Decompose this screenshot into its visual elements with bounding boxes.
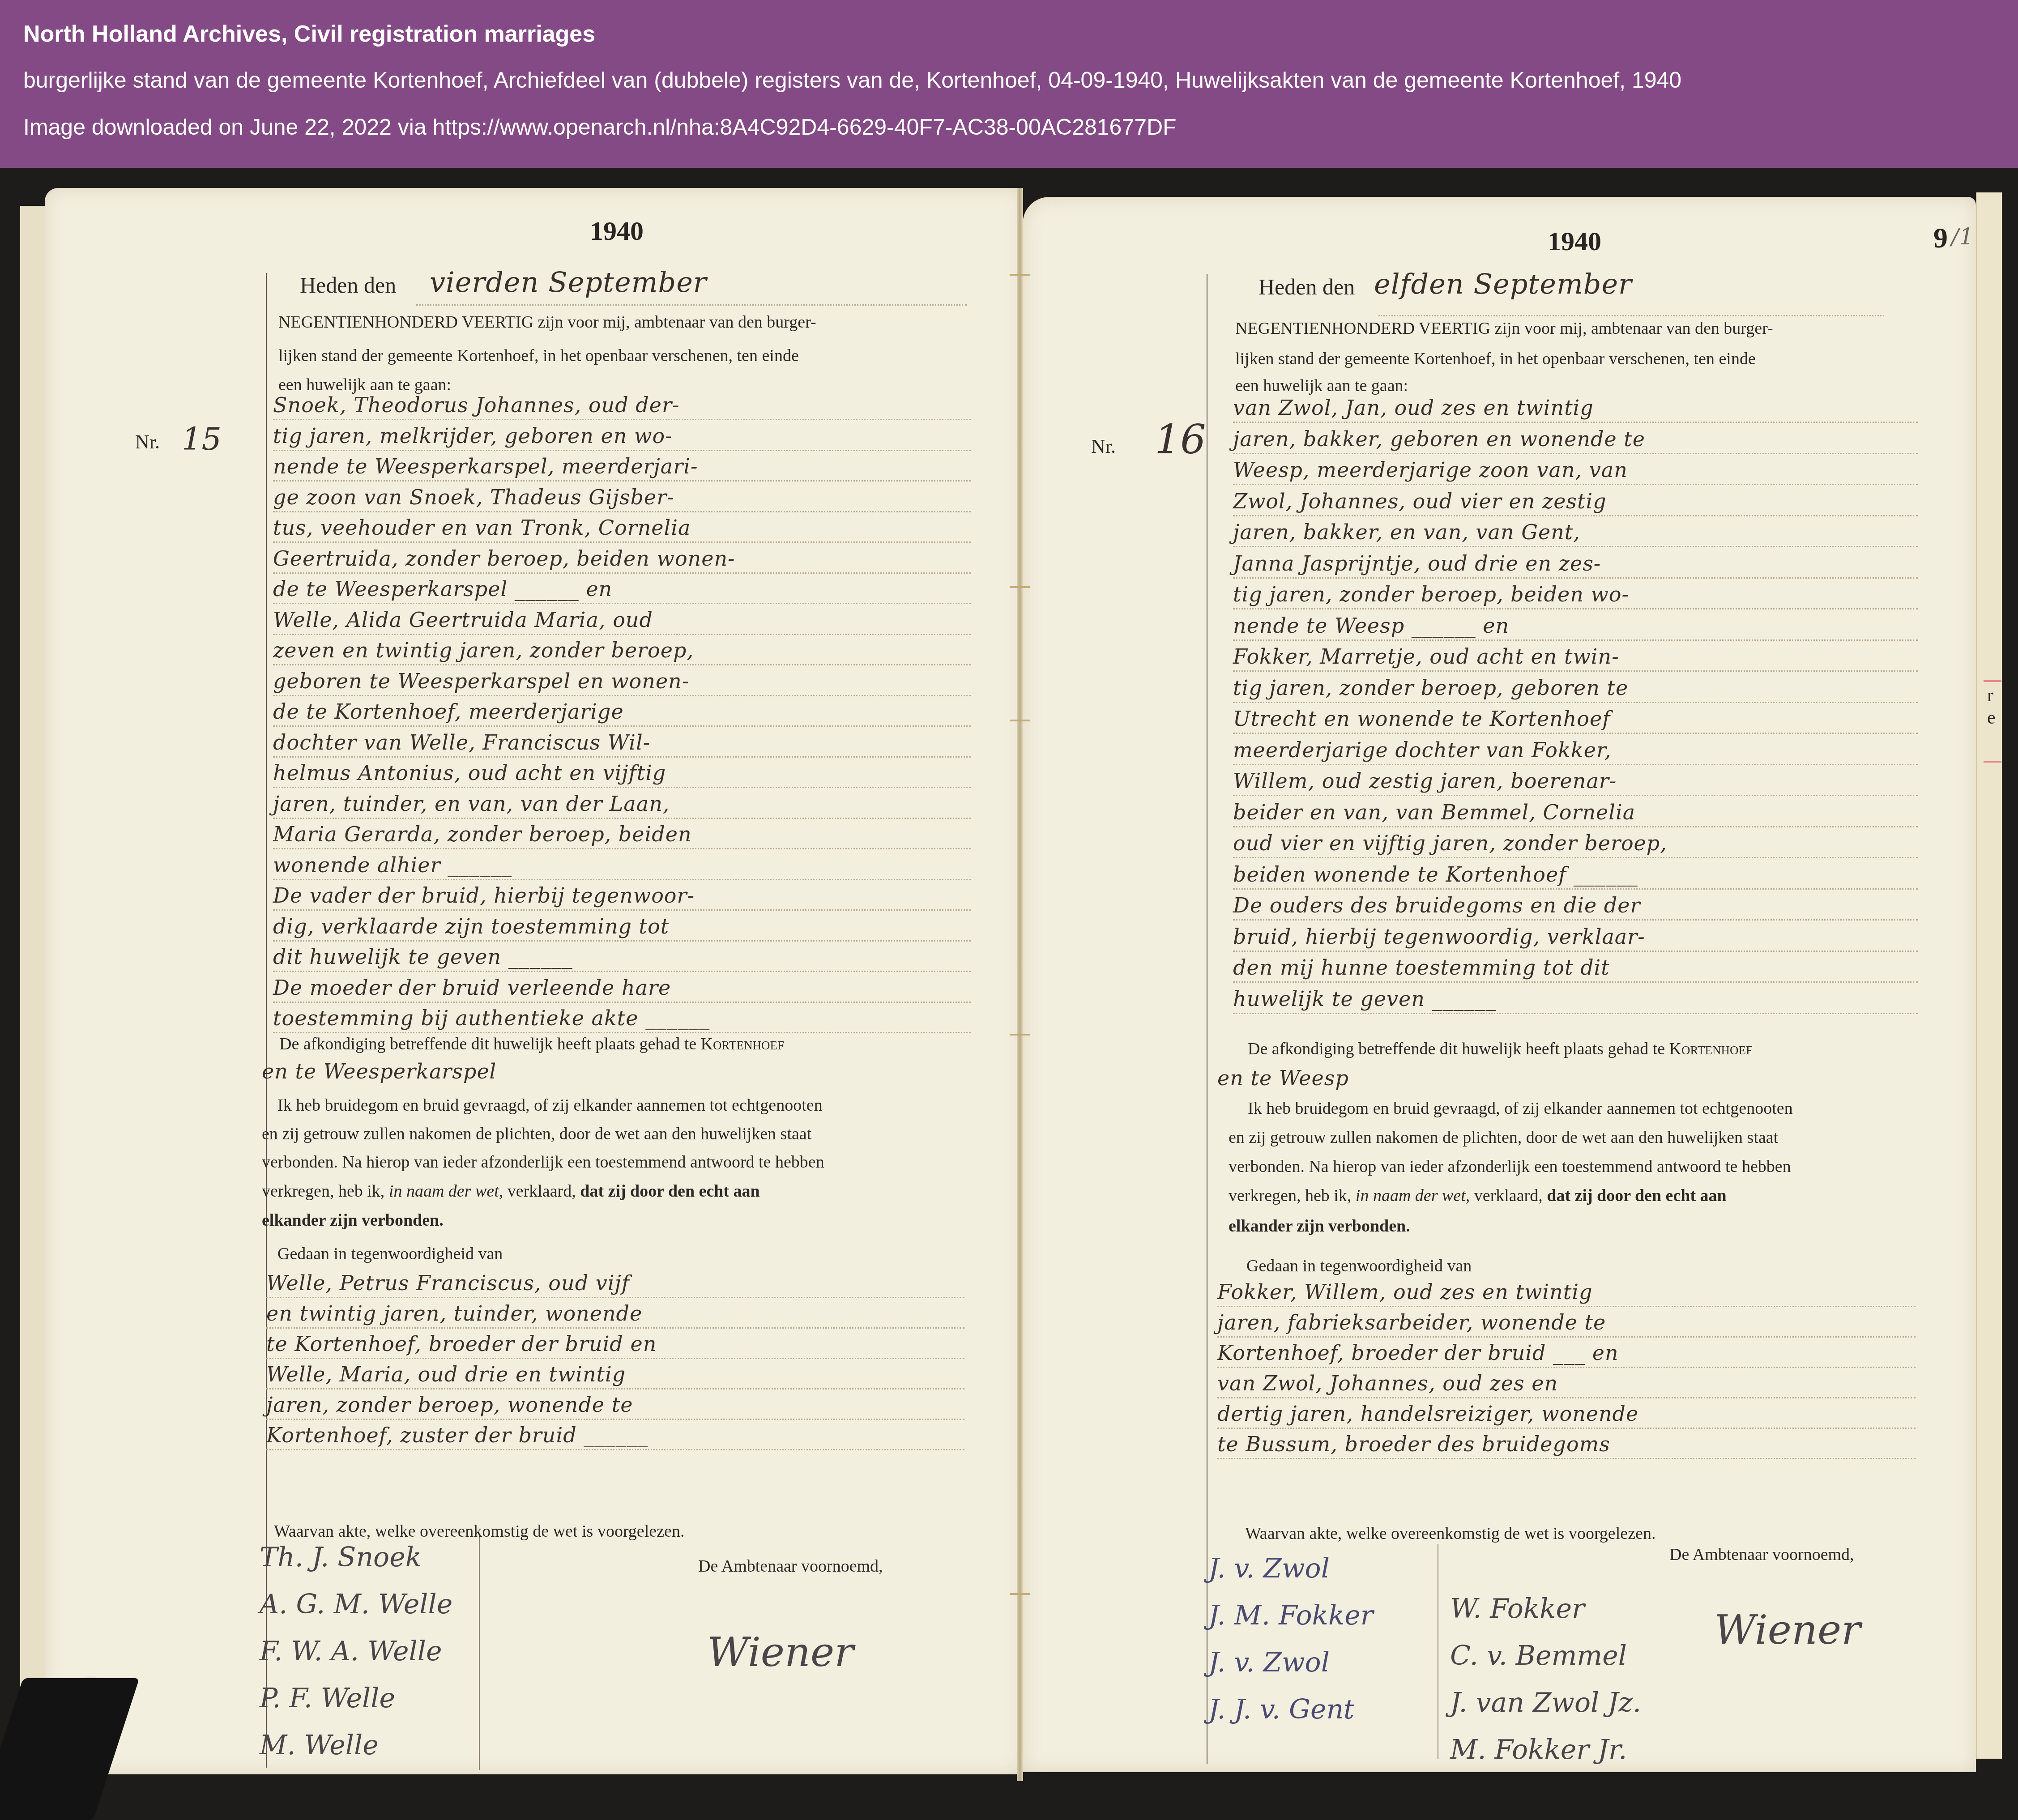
right-page-year: 1940	[1548, 226, 1601, 257]
handwritten-line: jaren, tuinder, en van, van der Laan,	[273, 792, 670, 816]
handwritten-line: geboren te Weesperkarspel en wonen-	[273, 669, 689, 693]
binding-stitch	[1010, 1593, 1030, 1595]
archive-header: North Holland Archives, Civil registrati…	[0, 0, 2018, 168]
handwritten-line: De vader der bruid, hierbij tegenwoor-	[273, 883, 695, 908]
handwritten-line: Weesp, meerderjarige zoon van, van	[1233, 458, 1628, 482]
handwritten-line: oud vier en vijftig jaren, zonder beroep…	[1233, 831, 1667, 855]
handwritten-line: toestemming bij authentieke akte ______	[273, 1006, 710, 1030]
handwritten-line: Welle, Maria, oud drie en twintig	[266, 1362, 626, 1386]
ruled-line	[1233, 546, 1918, 547]
handwritten-line: Willem, oud zestig jaren, boerenar-	[1233, 769, 1617, 793]
signature-divider	[479, 1537, 480, 1770]
binding-stitch	[1010, 1034, 1030, 1036]
ruled-line	[1217, 1458, 1916, 1459]
signature: M. Welle	[260, 1730, 379, 1761]
handwritten-line: helmus Antonius, oud acht en vijftig	[273, 761, 666, 785]
signature: J. J. v. Gent	[1208, 1694, 1354, 1725]
ruled-line	[1217, 1367, 1916, 1368]
ruled-line	[273, 940, 971, 942]
vows-line: verbonden. Na hierop van ieder afzonderl…	[1229, 1157, 1791, 1176]
handwritten-line: Janna Jasprijntje, oud drie en zes-	[1233, 551, 1601, 575]
ruled-line	[273, 879, 971, 880]
ruled-line	[416, 304, 967, 306]
afkondiging-place: en te Weesperkarspel	[262, 1059, 496, 1083]
handwritten-line: dertig jaren, handelsreiziger, wonende	[1217, 1402, 1638, 1426]
vows-line: Ik heb bruidegom en bruid gevraagd, of z…	[1248, 1099, 1793, 1118]
handwritten-line: ge zoon van Snoek, Thadeus Gijsber-	[273, 485, 674, 509]
signature: M. Fokker Jr.	[1450, 1734, 1627, 1765]
left-page-year: 1940	[590, 216, 644, 247]
ruled-line	[1233, 733, 1918, 734]
handwritten-line: jaren, fabrieksarbeider, wonende te	[1217, 1310, 1606, 1334]
ruled-line	[1233, 639, 1918, 641]
ruled-line	[273, 1032, 971, 1033]
handwritten-line: tig jaren, zonder beroep, beiden wo-	[1233, 582, 1629, 606]
handwritten-line: De moeder der bruid verleende hare	[273, 976, 671, 1000]
ruled-line	[1217, 1336, 1916, 1338]
right-page-edges	[1976, 192, 2002, 1759]
marriage-date: vierden September	[430, 266, 707, 298]
ruled-line	[273, 480, 971, 482]
margin-rule	[1984, 680, 2001, 682]
ruled-line	[273, 603, 971, 604]
handwritten-line: beider en van, van Bemmel, Cornelia	[1233, 800, 1635, 824]
ruled-line	[266, 1297, 964, 1298]
ruled-line	[273, 1002, 971, 1003]
intro-line: NEGENTIENHONDERD VEERTIG zijn voor mij, …	[1235, 319, 1773, 338]
witness-label: Gedaan in tegenwoordigheid van	[277, 1244, 503, 1264]
handwritten-line: bruid, hierbij tegenwoordig, verklaar-	[1233, 925, 1645, 949]
vows-line: verkregen, heb ik, in naam der wet, verk…	[262, 1181, 760, 1201]
vows-line: en zij getrouw zullen nakomen de plichte…	[1229, 1128, 1778, 1147]
handwritten-line: te Bussum, broeder des bruidegoms	[1217, 1432, 1610, 1456]
signature: A. G. M. Welle	[260, 1589, 452, 1620]
ruled-line	[1233, 981, 1918, 983]
vows-line: verbonden. Na hierop van ieder afzonderl…	[262, 1152, 824, 1172]
signature: J. v. Zwol	[1208, 1647, 1330, 1678]
ruled-line	[273, 848, 971, 849]
signature: F. W. A. Welle	[260, 1636, 442, 1667]
book-gutter	[1017, 188, 1023, 1781]
binding-stitch	[1010, 586, 1030, 588]
handwritten-line: en twintig jaren, tuinder, wonende	[266, 1301, 642, 1326]
download-source: Image downloaded on June 22, 2022 via ht…	[23, 114, 1177, 140]
nr-label: Nr.	[135, 430, 160, 453]
ruled-line	[1233, 826, 1918, 827]
ruled-line	[266, 1358, 964, 1359]
ruled-line	[1233, 950, 1918, 952]
handwritten-line: meerderjarige dochter van Fokker,	[1233, 738, 1612, 762]
margin-letter: r	[1987, 685, 1993, 706]
handwritten-line: dochter van Welle, Franciscus Wil-	[273, 730, 650, 754]
handwritten-line: te Kortenhoef, broeder der bruid en	[266, 1332, 657, 1356]
afkondiging-text: De afkondiging betreffende dit huwelijk …	[279, 1034, 784, 1054]
ruled-line	[1233, 888, 1918, 890]
signature: C. v. Bemmel	[1450, 1640, 1627, 1671]
handwritten-line: jaren, bakker, en van, van Gent,	[1233, 520, 1580, 544]
handwritten-line: dit huwelijk te geven ______	[273, 945, 573, 969]
ruled-line	[1233, 857, 1918, 858]
handwritten-line: tig jaren, melkrijder, geboren en wo-	[273, 424, 673, 448]
ruled-line	[273, 695, 971, 696]
handwritten-line: tus, veehouder en van Tronk, Cornelia	[273, 516, 691, 540]
ruled-line	[1233, 515, 1918, 516]
ruled-line	[1233, 577, 1918, 579]
intro-line: een huwelijk aan te gaan:	[278, 375, 451, 395]
right-margin-line	[1207, 274, 1207, 1764]
ruled-line	[273, 511, 971, 512]
ruled-line	[273, 756, 971, 758]
handwritten-line: Fokker, Willem, oud zes en twintig	[1217, 1280, 1592, 1304]
ruled-line	[1233, 453, 1918, 454]
ruled-line	[1217, 1397, 1916, 1398]
vows-line: Ik heb bruidegom en bruid gevraagd, of z…	[277, 1095, 823, 1115]
ruled-line	[273, 450, 971, 451]
vows-line: elkander zijn verbonden.	[1229, 1216, 1410, 1236]
witness-label: Gedaan in tegenwoordigheid van	[1246, 1256, 1472, 1276]
handwritten-line: Welle, Petrus Franciscus, oud vijf	[266, 1271, 630, 1295]
handwritten-line: Maria Gerarda, zonder beroep, beiden	[273, 822, 692, 846]
archive-title: North Holland Archives, Civil registrati…	[23, 21, 595, 47]
handwritten-line: de te Kortenhoef, meerderjarige	[273, 699, 624, 724]
signature: J. v. Zwol	[1208, 1553, 1330, 1584]
signature: W. Fokker	[1450, 1593, 1585, 1624]
binding-stitch	[1010, 720, 1030, 721]
ruled-line	[273, 664, 971, 665]
ruled-line	[1217, 1428, 1916, 1429]
margin-rule	[1984, 761, 2001, 763]
handwritten-line: Kortenhoef, broeder der bruid ___ en	[1217, 1341, 1619, 1365]
intro-line: NEGENTIENHONDERD VEERTIG zijn voor mij, …	[278, 312, 816, 332]
ruled-line	[273, 909, 971, 911]
handwritten-line: Snoek, Theodorus Johannes, oud der-	[273, 393, 679, 417]
ruled-line	[1233, 608, 1918, 610]
ruled-line	[1233, 795, 1918, 796]
handwritten-line: jaren, zonder beroep, wonende te	[266, 1393, 633, 1417]
handwritten-line: Utrecht en wonende te Kortenhoef	[1233, 707, 1610, 731]
ruled-line	[273, 541, 971, 543]
ruled-line	[273, 725, 971, 727]
signature: J. M. Fokker	[1208, 1600, 1374, 1631]
handwritten-line: Geertruida, zonder beroep, beiden wonen-	[273, 546, 735, 571]
handwritten-line: den mij hunne toestemming tot dit	[1233, 955, 1610, 980]
handwritten-line: wonende alhier ______	[273, 853, 512, 877]
signature: Th. J. Snoek	[260, 1542, 422, 1573]
handwritten-line: Welle, Alida Geertruida Maria, oud	[273, 608, 653, 632]
ruled-line	[1233, 1013, 1918, 1014]
handwritten-line: van Zwol, Johannes, oud zes en	[1217, 1371, 1558, 1395]
ruled-line	[1233, 764, 1918, 765]
ruled-line	[273, 419, 971, 420]
page-annotation: /1	[1951, 224, 1974, 250]
ruled-line	[266, 1449, 964, 1450]
vows-line: elkander zijn verbonden.	[262, 1210, 444, 1230]
handwritten-line: beiden wonende te Kortenhoef ______	[1233, 862, 1638, 887]
signature-divider	[1438, 1544, 1438, 1759]
handwritten-line: nende te Weesperkarspel, meerderjari-	[273, 454, 698, 478]
ambtenaar-label: De Ambtenaar voornoemd,	[698, 1556, 883, 1576]
handwritten-line: van Zwol, Jan, oud zes en twintig	[1233, 396, 1594, 420]
handwritten-line: zeven en twintig jaren, zonder beroep,	[273, 638, 694, 662]
afkondiging-place: en te Weesp	[1217, 1066, 1349, 1090]
vows-line: en zij getrouw zullen nakomen de plichte…	[262, 1124, 811, 1144]
ruled-line	[1233, 484, 1918, 485]
margin-letter: e	[1987, 707, 1996, 729]
intro-line: lijken stand der gemeente Kortenhoef, in…	[278, 346, 799, 366]
nr-label: Nr.	[1091, 435, 1116, 458]
intro-line: een huwelijk aan te gaan:	[1235, 376, 1408, 396]
signature: P. F. Welle	[260, 1683, 395, 1714]
ruled-line	[273, 971, 971, 972]
marriage-date: elfden September	[1374, 268, 1632, 300]
handwritten-line: Kortenhoef, zuster der bruid ______	[266, 1423, 648, 1447]
binding-stitch	[1010, 274, 1030, 276]
heden-label: Heden den	[1259, 274, 1355, 299]
ambtenaar-label: De Ambtenaar voornoemd,	[1669, 1545, 1854, 1564]
handwritten-line: nende te Weesp ______ en	[1233, 614, 1509, 638]
handwritten-line: dig, verklaarde zijn toestemming tot	[273, 914, 669, 938]
ruled-line	[273, 787, 971, 788]
ruled-line	[1233, 919, 1918, 921]
official-signature: Wiener	[1714, 1607, 1860, 1654]
handwritten-line: huwelijk te geven ______	[1233, 987, 1497, 1011]
waarvan-text: Waarvan akte, welke overeenkomstig de we…	[1245, 1524, 1655, 1543]
ruled-line	[266, 1327, 964, 1329]
ruled-line	[1233, 422, 1918, 423]
intro-line: lijken stand der gemeente Kortenhoef, in…	[1235, 349, 1756, 369]
ruled-line	[1233, 670, 1918, 672]
record-description: burgerlijke stand van de gemeente Korten…	[23, 67, 1681, 93]
afkondiging-text: De afkondiging betreffende dit huwelijk …	[1248, 1039, 1753, 1059]
ruled-line	[273, 572, 971, 574]
ruled-line	[266, 1419, 964, 1420]
ruled-line	[266, 1388, 964, 1390]
record-number: 16	[1155, 416, 1206, 463]
record-number: 15	[182, 421, 222, 457]
ruled-line	[1378, 315, 1884, 316]
handwritten-line: De ouders des bruidegoms en die der	[1233, 893, 1640, 917]
heden-label: Heden den	[300, 273, 396, 298]
handwritten-line: de te Weesperkarspel ______ en	[273, 577, 612, 601]
signature: J. van Zwol Jz.	[1450, 1687, 1641, 1718]
handwritten-line: tig jaren, zonder beroep, geboren te	[1233, 676, 1628, 700]
handwritten-line: Zwol, Johannes, oud vier en zestig	[1233, 489, 1607, 513]
page-number: 9	[1933, 222, 1948, 255]
ruled-line	[273, 634, 971, 635]
handwritten-line: jaren, bakker, geboren en wonende te	[1233, 427, 1645, 451]
ruled-line	[273, 818, 971, 819]
ruled-line	[1233, 702, 1918, 703]
official-signature: Wiener	[707, 1629, 853, 1676]
left-page-edges	[20, 206, 48, 1750]
handwritten-line: Fokker, Marretje, oud acht en twin-	[1233, 644, 1619, 669]
ruled-line	[1217, 1306, 1916, 1307]
vows-line: verkregen, heb ik, in naam der wet, verk…	[1229, 1186, 1727, 1206]
